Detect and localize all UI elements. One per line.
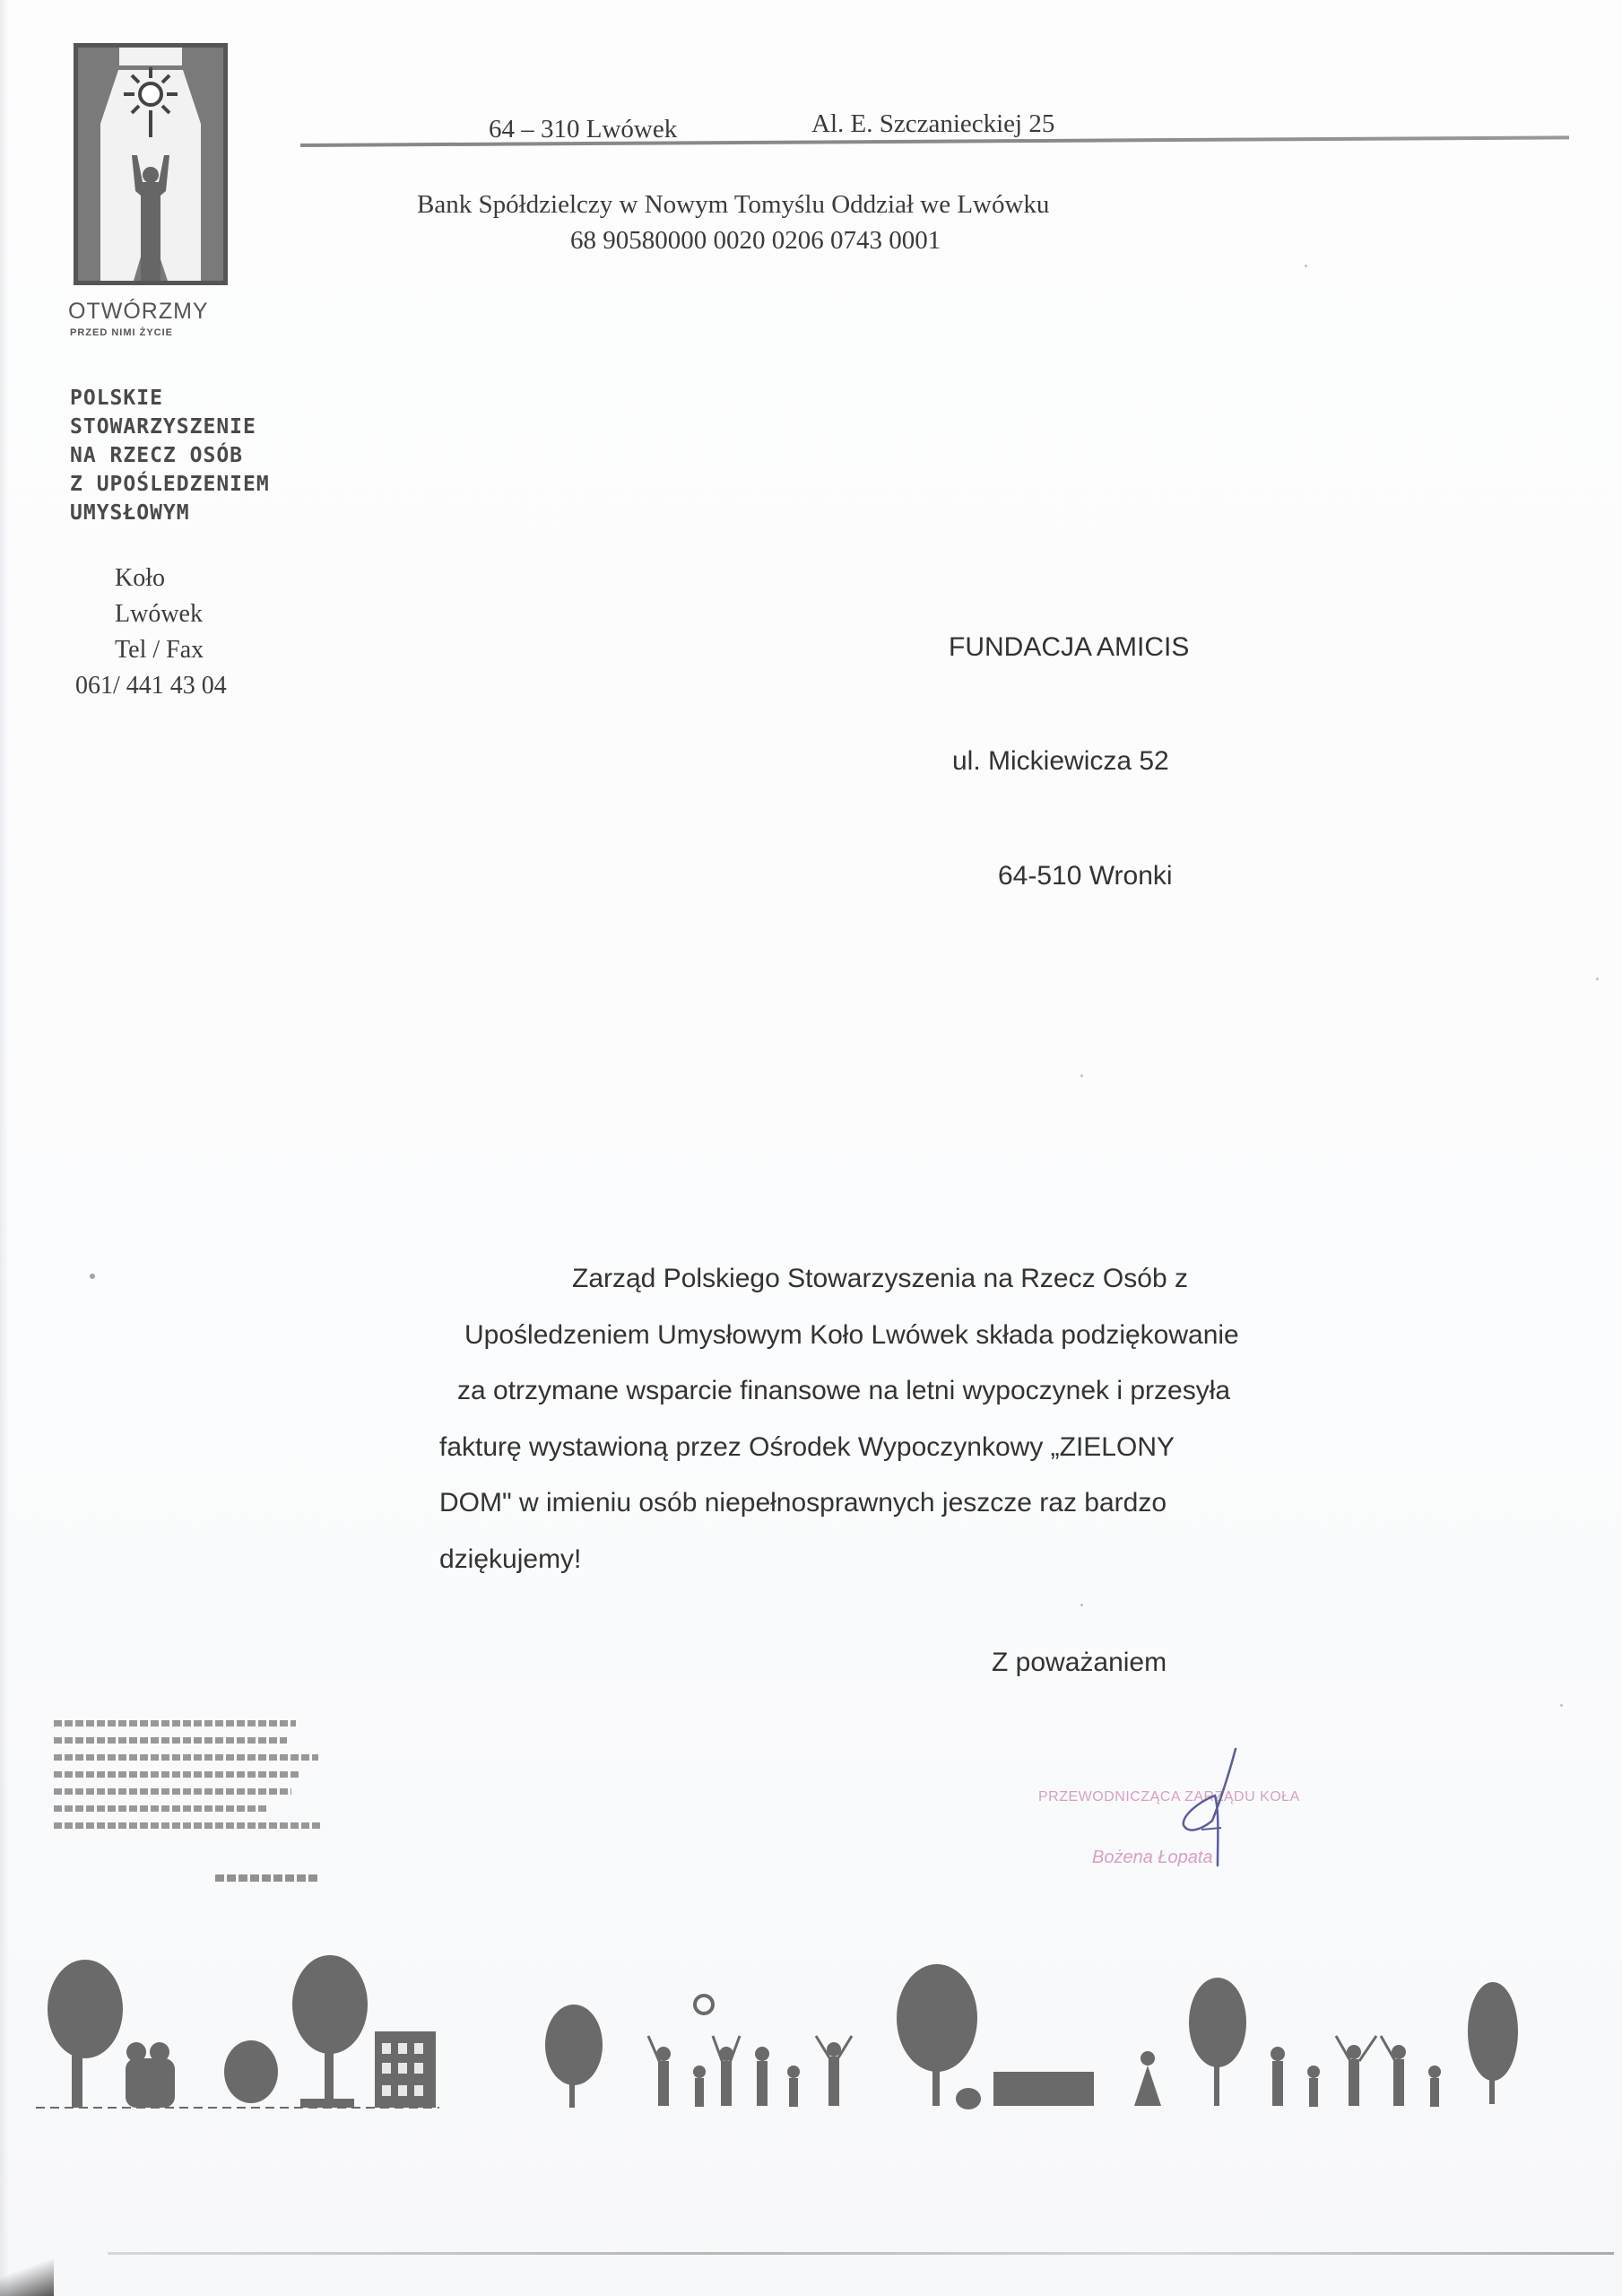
- sun-and-raised-arms-figure-icon: [74, 43, 228, 285]
- scan-speck: [1560, 1704, 1563, 1707]
- handwritten-signature-icon: [1166, 1740, 1273, 1874]
- people-trees-buildings-strip-icon: [36, 1946, 1596, 2117]
- bank-name: Bank Spółdzielczy w Nowym Tomyślu Oddzia…: [417, 190, 1049, 220]
- logo-subtitle: PRZED NIMI ŻYCIE: [70, 327, 173, 338]
- motto-line: [54, 1771, 300, 1778]
- motto-line: [54, 1805, 269, 1812]
- motto-line: [54, 1822, 323, 1829]
- motto-line: [54, 1720, 296, 1726]
- recipient-city: 64-510 Wronki: [998, 861, 1173, 891]
- sender-street: Al. E. Szczanieckiej 25: [811, 109, 1054, 139]
- scan-speck: [1305, 265, 1307, 267]
- logo-title: OTWÓRZMY: [68, 299, 209, 325]
- bank-account: 68 90580000 0020 0206 0743 0001: [570, 226, 941, 256]
- scan-speck: [90, 1274, 95, 1279]
- sender-city: 64 – 310 Lwówek: [489, 115, 677, 144]
- motto-line: [54, 1737, 287, 1744]
- bottom-scan-line: [108, 2252, 1614, 2255]
- scan-corner-shadow: [0, 2251, 54, 2296]
- organization-line: POLSKIE: [70, 384, 270, 413]
- organization-line: NA RZECZ OSÓB: [70, 441, 270, 470]
- closing-salutation: Z poważaniem: [992, 1648, 1167, 1678]
- body-line: Upośledzeniem Umysłowym Koło Lwówek skła…: [430, 1308, 1435, 1364]
- organization-line: Z UPOŚLEDZENIEM: [70, 470, 270, 499]
- scan-edge-shadow: [0, 0, 9, 2296]
- recipient-street: ul. Mickiewicza 52: [952, 746, 1169, 777]
- branch-contact: Koło Lwówek Tel / Fax 061/ 441 43 04: [75, 561, 227, 704]
- branch-phone: 061/ 441 43 04: [75, 668, 227, 704]
- footer-motto: [54, 1720, 323, 1839]
- scan-speck: [1080, 1604, 1083, 1606]
- body-line: DOM" w imieniu osób niepełnosprawnych je…: [430, 1475, 1435, 1532]
- branch-line: Lwówek: [75, 596, 227, 632]
- motto-line: [54, 1754, 318, 1761]
- branch-line: Tel / Fax: [75, 632, 227, 668]
- letter-page: OTWÓRZMY PRZED NIMI ŻYCIE POLSKIE STOWAR…: [0, 0, 1622, 2296]
- body-line: fakturę wystawioną przez Ośrodek Wypoczy…: [430, 1420, 1435, 1476]
- letter-body: Zarząd Polskiego Stowarzyszenia na Rzecz…: [430, 1251, 1435, 1587]
- branch-line: Koło: [75, 561, 227, 596]
- scan-speck: [1596, 978, 1599, 980]
- scan-speck: [1080, 1074, 1083, 1077]
- organization-name: POLSKIE STOWARZYSZENIE NA RZECZ OSÓB Z U…: [70, 384, 270, 527]
- organization-line: STOWARZYSZENIE: [70, 413, 270, 441]
- body-line: Zarząd Polskiego Stowarzyszenia na Rzecz…: [430, 1251, 1435, 1308]
- organization-line: UMYSŁOWYM: [70, 499, 270, 527]
- body-line: za otrzymane wsparcie finansowe na letni…: [430, 1363, 1435, 1420]
- recipient-name: FUNDACJA AMICIS: [949, 632, 1189, 663]
- motto-author: [215, 1874, 318, 1882]
- motto-line: [54, 1788, 291, 1795]
- body-line: dziękujemy!: [430, 1532, 1435, 1588]
